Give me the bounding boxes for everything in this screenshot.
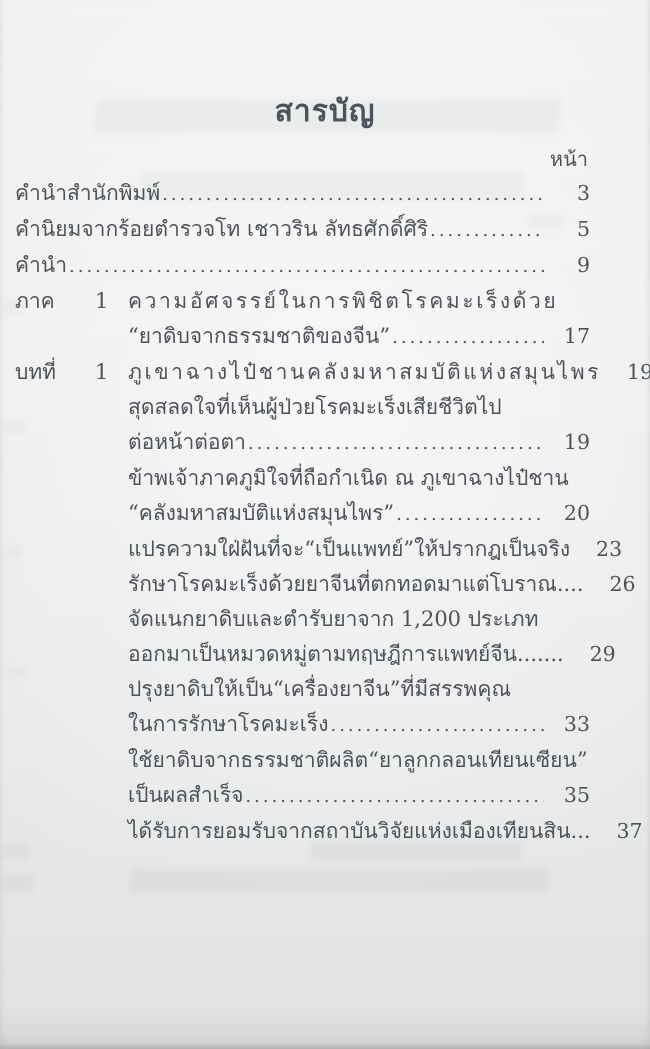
toc-page-number: 35 [544,778,590,813]
dot-leader: ........................................… [246,426,544,461]
toc-row-text: ความอัศจรรย์ในการพิชิตโรคมะเร็งด้วย [128,284,558,319]
toc-page-number: 3 [544,176,590,211]
toc-row: “ยาดิบจากธรรมชาติของจีน” ...............… [15,319,635,355]
toc-row-text: ภูเขาฉางไป๋ชานคลังมหาสมบัติแห่งสมุนไพร [128,355,601,390]
page-title: สารบัญ [15,88,635,136]
toc-page-number: 20 [544,496,590,531]
toc-row-text: จัดแนกยาดิบและตำรับยาจาก 1,200 ประเภท [128,602,538,637]
dot-leader: ........................................… [328,708,544,743]
ghost-bleedthrough-smudge [129,868,550,892]
toc-row-label: บทที่ [15,355,95,390]
toc-page-number: 37 [597,814,643,849]
toc-page-number: 19 [607,355,650,390]
dot-leader: ........................................… [390,320,544,355]
toc-row-text: คำนิยมจากร้อยตำรวจโท เชาวริน ลัทธศักดิ์ศ… [15,212,428,247]
toc-row: ในการรักษาโรคมะเร็ง ....................… [15,707,635,743]
dot-leader-dots: ........................................… [430,220,544,241]
dot-leader: ........................................… [160,177,544,212]
toc-page-number: 9 [544,248,590,283]
toc-row-text: สุดสลดใจที่เห็นผู้ป่วยโรคมะเร็งเสียชีวิต… [128,390,502,425]
toc-row-text: แปรความใฝ่ฝันที่จะ“เป็นแพทย์”ให้ปรากฎเป็… [128,532,570,567]
toc-row: ภาค 1 ความอัศจรรย์ในการพิชิตโรคมะเร็งด้ว… [15,284,635,319]
dot-leader-dots: ........................................… [245,786,544,807]
toc-page-number: 17 [544,319,590,354]
toc-row-text: รักษาโรคมะเร็งด้วยยาจีนที่ตกทอดมาแต่โบรา… [128,567,584,602]
dot-leader-dots: ........................................… [69,256,544,277]
toc-row-text: ปรุงยาดิบให้เป็น“เครื่องยาจีน”ที่มีสรรพค… [128,672,511,707]
toc-row-text: ข้าพเจ้าภาคภูมิใจที่ถือกำเนิด ณ ภูเขาฉาง… [128,461,569,496]
toc-row: ข้าพเจ้าภาคภูมิใจที่ถือกำเนิด ณ ภูเขาฉาง… [15,461,635,496]
toc-page-number: 33 [544,707,590,742]
dot-leader: ........................................… [428,213,544,248]
toc-page-number: 19 [544,425,590,460]
toc-row-text: เป็นผลสำเร็จ [128,778,243,813]
dot-leader-dots: ........................................… [330,715,544,736]
dot-leader: ........................................… [67,249,544,284]
toc-row-text: “คลังมหาสมบัติแห่งสมุนไพร” [128,496,394,531]
toc-row-text: ออกมาเป็นหมวดหมู่ตามทฤษฎีการแพทย์จีน....… [128,637,564,672]
dot-leader: ........................................… [394,497,544,532]
toc-row: จัดแนกยาดิบและตำรับยาจาก 1,200 ประเภท [15,602,635,637]
toc-row-number: 1 [95,284,128,319]
toc-row-text: ได้รับการยอมรับจากสถาบันวิจัยแห่งเมืองเท… [128,814,591,849]
toc-row: ต่อหน้าต่อตา ...........................… [15,425,635,461]
toc-row: แปรความใฝ่ฝันที่จะ“เป็นแพทย์”ให้ปรากฎเป็… [15,532,635,567]
toc-row-label: ภาค [15,284,95,319]
scanned-book-page: สารบัญ หน้า คำนำสำนักพิมพ์ .............… [0,0,650,1049]
toc-row-number: 1 [95,355,128,390]
toc-page-number: 26 [590,567,636,602]
toc-row: ได้รับการยอมรับจากสถาบันวิจัยแห่งเมืองเท… [15,814,635,849]
toc-page-number: 5 [544,212,590,247]
toc-row: บทที่ 1 ภูเขาฉางไป๋ชานคลังมหาสมบัติแห่งส… [15,355,635,390]
toc-row: ใช้ยาดิบจากธรรมชาติผลิต“ยาลูกกลอนเทียนเซ… [15,743,635,778]
dot-leader: ........................................… [243,779,544,814]
ghost-bleedthrough-smudge [3,874,35,892]
toc-row-text: ต่อหน้าต่อตา [128,425,246,460]
toc-page-number: 23 [576,532,622,567]
toc-row: คำนิยมจากร้อยตำรวจโท เชาวริน ลัทธศักดิ์ศ… [15,212,635,248]
toc-row: คำนำสำนักพิมพ์ .........................… [15,176,635,212]
dot-leader-dots: ........................................… [248,433,544,454]
toc-row-text: ในการรักษาโรคมะเร็ง [128,707,328,742]
toc-row: รักษาโรคมะเร็งด้วยยาจีนที่ตกทอดมาแต่โบรา… [15,567,635,602]
page-column-header: หน้า [15,142,635,176]
toc-row: คำนำ ...................................… [15,248,635,284]
toc-row-text: “ยาดิบจากธรรมชาติของจีน” [128,319,390,354]
toc-content: สารบัญ หน้า คำนำสำนักพิมพ์ .............… [15,88,635,849]
toc-rows: คำนำสำนักพิมพ์ .........................… [15,176,635,849]
toc-row-text: คำนำ [15,248,67,283]
toc-row: ออกมาเป็นหมวดหมู่ตามทฤษฎีการแพทย์จีน....… [15,637,635,672]
toc-row-text: คำนำสำนักพิมพ์ [15,176,160,211]
toc-row: “คลังมหาสมบัติแห่งสมุนไพร” .............… [15,496,635,532]
toc-row: ปรุงยาดิบให้เป็น“เครื่องยาจีน”ที่มีสรรพค… [15,672,635,707]
dot-leader-dots: ........................................… [162,184,544,205]
dot-leader-dots: ........................................… [392,327,544,348]
toc-row: เป็นผลสำเร็จ ...........................… [15,778,635,814]
toc-row-text: ใช้ยาดิบจากธรรมชาติผลิต“ยาลูกกลอนเทียนเซ… [128,743,588,778]
toc-row: สุดสลดใจที่เห็นผู้ป่วยโรคมะเร็งเสียชีวิต… [15,390,635,425]
toc-page-number: 29 [570,637,616,672]
dot-leader-dots: ........................................… [396,504,544,525]
